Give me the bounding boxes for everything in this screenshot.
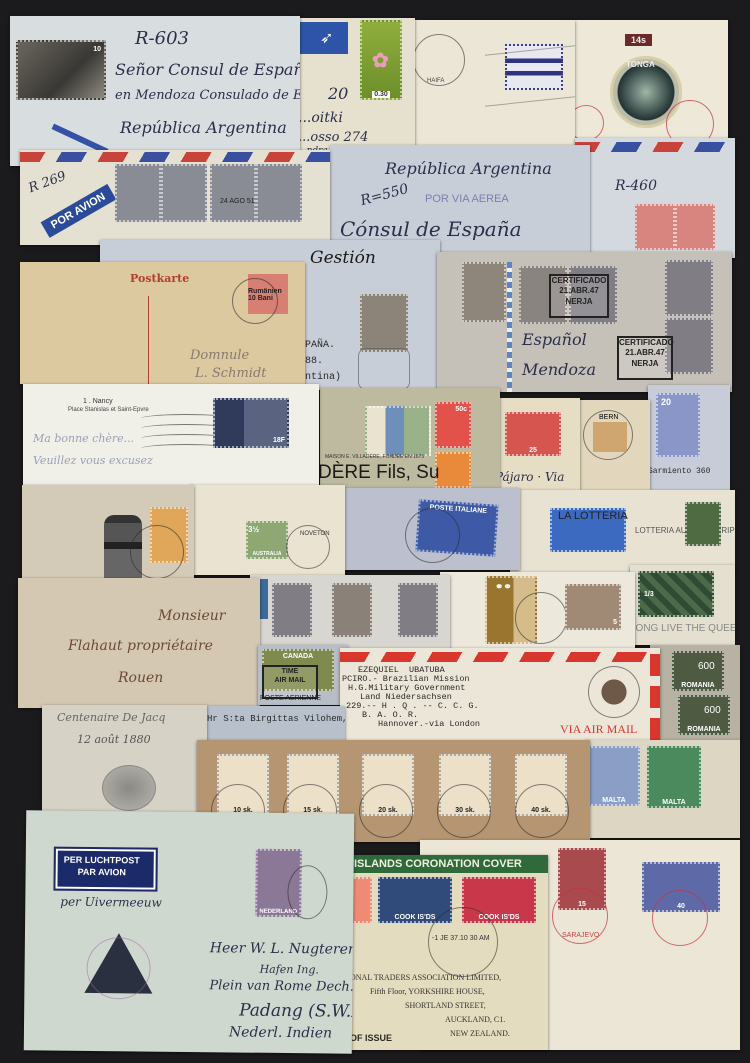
cover-netherlands: PER LUCHTPOST PAR AVION per Uivermeeuw N… [24,810,354,1053]
coronation-postmark [428,907,498,977]
franco-stamp-1 [115,164,161,222]
turkey-postmark [130,525,184,579]
via-aerea-stamp: POR VIA AEREA [425,193,509,205]
address-line-3: República Argentina [120,118,287,137]
cover-israel-airmail: ➶ ✿ 0.30 20 ...oitki ...osso 274 ...ndra… [290,18,415,153]
airmail-edge [507,262,512,392]
netherlands-postmark [287,865,328,919]
coronation-banner: ISLANDS CORONATION COVER [350,855,548,873]
time-air-mail-cancel: TIME AIR MAIL [262,665,318,699]
franco-stamp-nerja-4 [665,260,713,316]
italy-green-king-stamp [685,502,721,546]
castle-value: 5 [613,619,617,626]
registration-r460: R-460 [615,178,657,194]
nl-address-2: Hafen Ing. [260,963,319,977]
cover-bern: BERN [575,400,650,490]
israel-address-2: ...osso 274 [298,130,368,145]
cover-helvetia: 25 Pájaro · Via [490,398,580,490]
helvetia-value: 25 [529,447,537,454]
nl-address-3: Plein van Rome Dech... [209,978,354,995]
cover-canada: CANADA TIME AIR MAIL POSTE AERIENNE [258,645,348,705]
luchtpost-line-1: PER LUCHTPOST [64,855,140,866]
franco-brown-stamp [360,294,408,352]
overprint-1: COOK IS'DS [395,914,436,921]
sarajevo-label: SARAJEVO [562,932,599,939]
canada-country: CANADA [283,653,313,660]
kaunas-postmark-4 [437,784,491,838]
poste-aerienne: POSTE AERIENNE [260,695,321,702]
via-air-mail-label: VIA AIR MAIL [560,722,637,737]
manuscript-line-2: Flahaut propriétaire [68,638,213,654]
villadere-firm: MAISON E. VILLADÈRE, FONDÉE EN 1875 [325,454,424,460]
cover-tonga: 14s TONGA [568,20,728,150]
nerja-address-2: Mendoza [522,360,596,379]
registration-r269: R 269 [27,169,69,196]
nl-address-5: Nederl. Indien [229,1024,332,1041]
flower-stamp-value: 0.30 [372,91,390,98]
gb-slogan: LONG LIVE THE QUEEN [630,623,735,634]
manuscript-line-1: Monsieur [158,608,225,624]
postage-due-mark: 20 [328,84,348,103]
franco-stamp-7 [332,583,372,637]
tuberculosis-seal [365,406,431,456]
gazelle-icon: ➶ [320,28,333,48]
certificado-cancel: CERTIFICADO 21.ABR.47 NERJA [549,274,609,318]
kaunas-postmark-3 [359,784,413,838]
cover-spain-r460: R-460 [575,138,735,258]
netherlands-note: per Uivermeeuw [60,895,162,910]
cancel-label: CERTIFICADO [619,338,671,348]
france-semeuse-orange [435,452,471,488]
slogan-lines [485,45,575,106]
cover-olympic: ⚭⚭ 5 [440,572,635,650]
gestion-typed-2: 88. [305,356,323,368]
cover-suomi: 20 Sarmiento 360 [648,385,730,490]
cancel-date: 21.ABR.47 [619,348,671,358]
haifa-cancel-text: HAIFA [427,78,444,84]
postkarte-title: Postkarte [130,272,189,285]
olympic-rings-icon: ⚭⚭ [495,582,512,593]
cover-australia: AUSTRALIA 3½ NOVETON [190,485,345,575]
cover-manuscript-letter: Monsieur Flahaut propriétaire Rouen [18,578,260,708]
gestion-heading: Gestión [310,248,376,268]
cover-spain-r269: R 269 POR AVION 24 AGO 51 [20,150,330,245]
cover-galata-tower [22,485,194,585]
franco-stamp-6 [272,583,312,637]
cover-italy-lotteria: LA LOTTERIA LOTTERIA AUTO... DI TRIPOLI [510,490,735,575]
gb-embossed-stamp [588,666,640,718]
malta-country: MALTA [602,797,625,804]
suomi-address: Sarmiento 360 [648,467,710,476]
ader-value: 18F [273,437,285,444]
semeuse-value: 50c [455,406,467,413]
violet-cachet [86,937,151,1000]
gb-coronation-stamp: 1/3 [638,571,714,617]
tonga-value-label: 14s [625,34,652,46]
cover-malta: MALTA MALTA [585,740,740,838]
spain-red-stamp-2 [675,204,715,250]
registration-r550: R=550 [359,181,410,209]
por-avion-label: POR AVION [41,184,116,238]
cover-brazil-mission: EZEQUIEL UBATUBA PCIRO.- Brazilian Missi… [340,648,660,740]
bern-imprinted-stamp [593,422,627,452]
stamp-value: 10 [93,46,101,53]
italy-postmark [405,508,460,563]
postkarte-address-1: Domnule [190,348,249,363]
cover-spain-r603: 10 R-603 Señor Consul de España en Mendo… [10,16,300,166]
nl-address-4: Padang (S.W.K.) [239,1001,354,1022]
cover-italy-blue: POSTE ITALIANE [345,488,520,570]
luchtpost-line-2: PAR AVION [78,867,126,878]
cover-dated-letter: Centenaire De Jacq 12 août 1880 [42,705,207,817]
australia-country: AUSTRALIA [253,551,282,557]
cancel-line-2: AIR MAIL [264,676,316,685]
registration-number: R-603 [135,28,189,49]
nancy-handwriting-2: Veuillez vous excusez [33,454,153,467]
france-semeuse-50c: 50c [435,402,471,448]
luchtpost-label: PER LUCHTPOST PAR AVION [55,849,155,890]
divider-line [148,296,149,384]
airmail-border-right [650,648,660,740]
nancy-caption-1: 1 . Nancy [83,398,113,405]
wax-seal [102,765,156,811]
tonga-stamp-text: TONGA [626,60,655,69]
malta-country: MALTA [662,799,685,806]
nl-address-1: Heer W. L. Nugteren [210,940,355,958]
cover-villadere: 50c MAISON E. VILLADÈRE, FONDÉE EN 1875 … [320,388,500,488]
suomi-stamp: 20 [656,393,700,457]
franco-stamp-2 [161,164,207,222]
cancel-date: 24 AGO 51 [220,198,255,205]
helvetia-stamp: 25 [505,412,561,456]
postkarte-address-2: L. Schmidt [195,366,267,381]
octagonal-cancel [358,348,410,390]
cancel-line-1: TIME [264,667,316,676]
cook-address-3: SHORTLAND STREET, [405,1001,486,1010]
cover-gb-queen: 1/3 LONG LIVE THE QUEEN [630,565,735,645]
consul-line: Cónsul de España [340,217,522,241]
helvetia-address: Pájaro · Via [495,470,564,484]
address-line-1: Señor Consul de España [115,60,300,79]
australia-city: NOVETON [300,531,330,537]
cook-address-2: Fifth Floor, YORKSHIRE HOUSE, [370,987,485,996]
franco-stamp-8 [398,583,438,637]
cancel-date: 21.ABR.47 [551,286,607,296]
villadere-big-text: DÈRE Fils, Su [320,462,439,484]
cover-cook-islands: ISLANDS CORONATION COVER COOK IS'DS COOK… [350,855,548,1050]
nancy-handwriting: Ma bonne chère... [33,432,134,445]
dated-line-1: Centenaire De Jacq [57,711,165,724]
address-republica: República Argentina [385,159,552,178]
cover-israel-flag: HAIFA [405,20,575,150]
flower-icon: ✿ [372,48,389,73]
cover-spain-blue [250,575,450,650]
cancel-city: NERJA [551,297,607,307]
birgittas-address: Hr S:ta Birgittas Vilohem, [207,714,345,724]
dated-line-2: 12 août 1880 [77,733,151,746]
malta-stamp-1: MALTA [588,746,640,806]
nerja-address-1: Español [522,330,587,349]
suomi-value: 20 [661,397,671,407]
cook-address-5: NEW ZEALAND. [450,1029,510,1038]
israel-address-1: ...oitki [298,110,343,126]
bern-city: BERN [599,414,618,421]
flower-stamp: ✿ 0.30 [360,20,402,100]
romania-value-2: 600 [704,705,721,716]
airmail-border [20,152,330,162]
certificado-cancel-2: CERTIFICADO 21.ABR.47 NERJA [617,336,673,380]
romania-country: ROMANIA [687,726,720,733]
postkarte-postmark [232,278,278,324]
romania-value-1: 600 [698,661,715,672]
kaunas-postmark-5 [515,784,569,838]
airmail-border [575,142,735,152]
sarajevo-postmark-2 [652,890,708,946]
cover-spain-r550: República Argentina R=550 POR VIA AEREA … [330,145,590,255]
franco-stamp-4 [256,164,302,222]
nancy-caption-2: Place Stanislas et Saint-Epvre [68,407,149,413]
israel-airmail-label: ➶ [298,22,348,54]
cover-postkarte: Postkarte Rumänien 10 Bani Domnule L. Sc… [20,262,305,384]
brazil-address-7: Hannover.-via London [378,720,480,730]
manuscript-line-3: Rouen [118,670,163,686]
cook-address-1: ONAL TRADERS ASSOCIATION LIMITED, [350,973,501,982]
gestion-typed-3: ntina) [305,372,341,384]
olympic-postmark [515,592,567,644]
spain-red-stamp-1 [635,204,675,250]
lotteria-slogan: LA LOTTERIA [558,510,628,522]
cover-nancy-postcard: 1 . Nancy Place Stanislas et Saint-Epvre… [23,384,319,488]
cook-address-4: AUCKLAND, C1. [445,1015,505,1024]
cover-nerja: CERTIFICADO 21.ABR.47 NERJA CERTIFICADO … [437,252,732,392]
cover-romania: ROMANIA 600 ROMANIA 600 [650,645,740,740]
malta-stamp-2: MALTA [647,746,701,808]
coronation-cancel-date: -1 JE 37.10 30 AM [432,935,490,942]
gb-value: 1/3 [644,591,654,598]
franco-stamp-3 [210,164,256,222]
australia-value: 3½ [248,525,259,534]
romania-country: ROMANIA [681,682,714,689]
gestion-typed-1: PAÑA. [305,340,335,352]
airmail-border-red [340,652,660,662]
italy-castle-stamp: 5 [565,584,621,630]
ader-airplane-stamp: 18F [213,398,289,448]
cook-footer: OF ISSUE [350,1033,392,1043]
address-line-2: en Mendoza Consulado de España [115,88,300,103]
cancel-city: NERJA [619,359,671,369]
cancel-label: CERTIFICADO [551,276,607,286]
franco-stamp-nerja-1 [462,262,506,322]
spain-landscape-stamp: 10 [16,40,106,100]
